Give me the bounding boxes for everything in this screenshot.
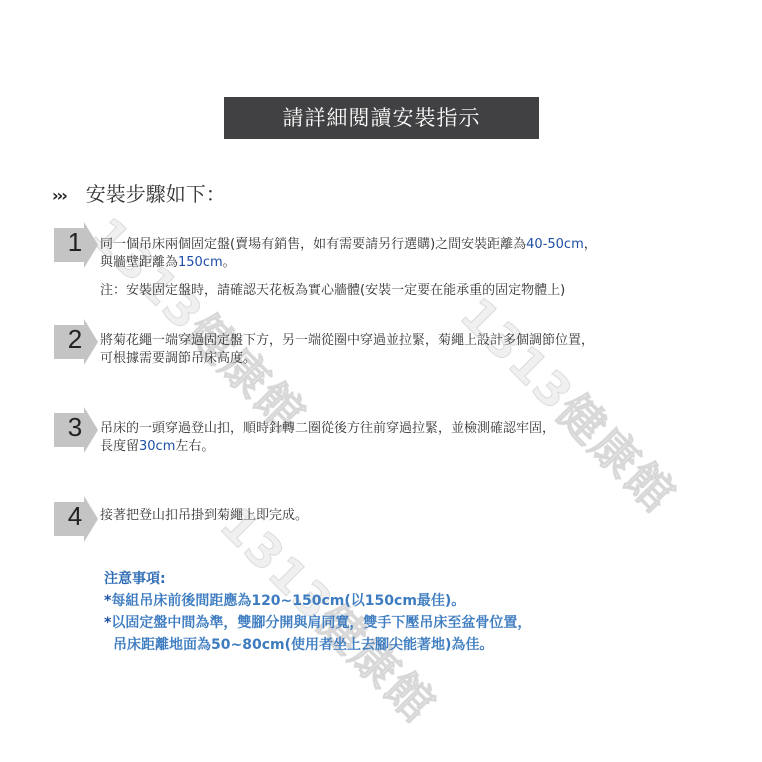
text: 左右。 bbox=[175, 439, 214, 454]
step-1-line-2: 與牆壁距離為150cm。 bbox=[100, 254, 597, 272]
notice-text: 以固定盤中間為準，雙腳分開與肩同寬，雙手下壓吊床至盆骨位置， bbox=[111, 615, 531, 631]
step-1-badge: 1 bbox=[54, 228, 96, 262]
notice-item: 吊床距離地面為50~80cm(使用者坐上去腳尖能著地)為佳。 bbox=[104, 634, 531, 656]
step-2-line-2: 可根據需要調節吊床高度。 bbox=[100, 350, 594, 368]
step-number: 1 bbox=[60, 227, 90, 258]
step-number: 3 bbox=[60, 412, 90, 443]
step-3-line-2: 長度留30cm左右。 bbox=[100, 438, 555, 456]
step-1-note: 注：安裝固定盤時，請確認天花板為實心牆體(安裝一定要在能承重的固定物體上) bbox=[100, 279, 565, 298]
step-4-badge: 4 bbox=[54, 502, 96, 536]
text: ， bbox=[584, 237, 597, 252]
text: 長度留 bbox=[100, 439, 139, 454]
step-3-text: 吊床的一頭穿過登山扣，順時針轉二圈從後方往前穿過拉緊，並檢測確認牢固， 長度留3… bbox=[100, 420, 555, 456]
step-1-text: 同一個吊床兩個固定盤(賣場有銷售，如有需要請另行選購)之間安裝距離為40-50c… bbox=[100, 236, 597, 272]
step-2-line-1: 將菊花繩一端穿過固定盤下方，另一端從圈中穿過並拉緊，菊繩上設計多個調節位置， bbox=[100, 332, 594, 350]
section-heading: ›››安裝步驟如下： bbox=[52, 178, 226, 207]
step-number: 2 bbox=[60, 324, 90, 355]
step-2-text: 將菊花繩一端穿過固定盤下方，另一端從圈中穿過並拉緊，菊繩上設計多個調節位置， 可… bbox=[100, 332, 594, 368]
section-heading-text: 安裝步驟如下： bbox=[86, 182, 226, 206]
text: 同一個吊床兩個固定盤(賣場有銷售，如有需要請另行選購)之間安裝距離為 bbox=[100, 237, 526, 252]
page-title: 請詳細閱讀安裝指示 bbox=[224, 97, 539, 139]
text: 與牆壁距離為 bbox=[100, 255, 178, 270]
step-4-text: 接著把登山扣吊掛到菊繩上即完成。 bbox=[100, 507, 308, 525]
notice-item: *每組吊床前後間距應為120~150cm(以150cm最佳)。 bbox=[104, 590, 531, 612]
text: 。 bbox=[223, 255, 236, 270]
highlight-distance: 150cm bbox=[178, 255, 223, 270]
watermark: 1313健康館 bbox=[448, 281, 693, 526]
step-2-badge: 2 bbox=[54, 325, 96, 359]
notice-text: 吊床距離地面為50~80cm(使用者坐上去腳尖能著地)為佳。 bbox=[113, 637, 493, 653]
step-3-line-1: 吊床的一頭穿過登山扣，順時針轉二圈從後方往前穿過拉緊，並檢測確認牢固， bbox=[100, 420, 555, 438]
triple-chevron-icon: ››› bbox=[52, 186, 66, 205]
notice-section: 注意事項: *每組吊床前後間距應為120~150cm(以150cm最佳)。 *以… bbox=[104, 568, 531, 656]
step-number: 4 bbox=[60, 501, 90, 532]
notice-heading: 注意事項: bbox=[104, 568, 531, 590]
step-3-badge: 3 bbox=[54, 413, 96, 447]
notice-text: 每組吊床前後間距應為120~150cm(以150cm最佳)。 bbox=[111, 593, 465, 609]
highlight-distance: 40-50cm bbox=[526, 237, 584, 252]
highlight-length: 30cm bbox=[139, 439, 175, 454]
step-1-line-1: 同一個吊床兩個固定盤(賣場有銷售，如有需要請另行選購)之間安裝距離為40-50c… bbox=[100, 236, 597, 254]
step-4-line-1: 接著把登山扣吊掛到菊繩上即完成。 bbox=[100, 507, 308, 525]
notice-item: *以固定盤中間為準，雙腳分開與肩同寬，雙手下壓吊床至盆骨位置， bbox=[104, 612, 531, 634]
